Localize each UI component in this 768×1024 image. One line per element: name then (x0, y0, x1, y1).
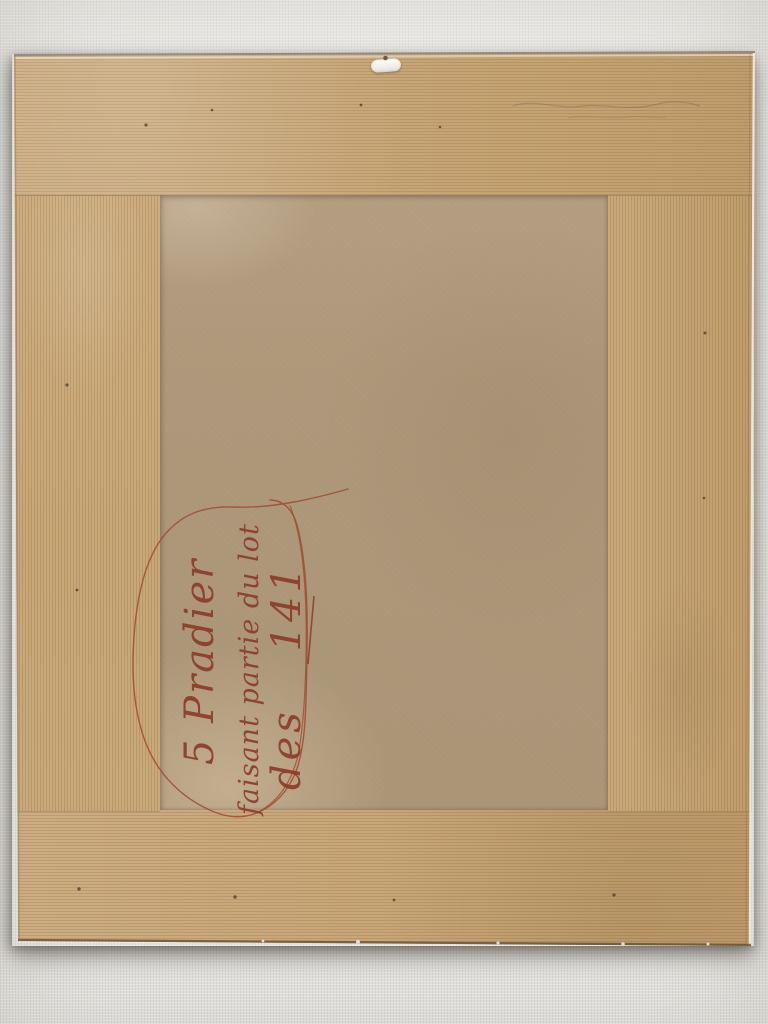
backing-panel (160, 195, 608, 810)
tape-band-right (608, 195, 758, 812)
hanger-tab (371, 58, 402, 73)
tape-band-left (8, 195, 160, 812)
frame-back: 5 Pradier faisant partie du lot des 141 (8, 48, 758, 950)
nail-head (383, 56, 387, 60)
photo-of-frame-verso: 5 Pradier faisant partie du lot des 141 (0, 0, 768, 1024)
pencil-scribble-2 (568, 116, 666, 118)
pencil-scribble (513, 102, 700, 108)
